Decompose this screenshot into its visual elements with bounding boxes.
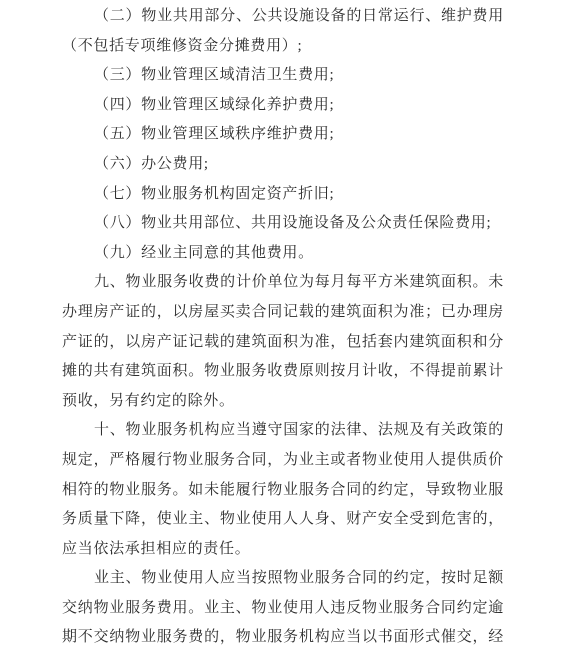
text-line: 规定，严格履行物业服务合同，为业主或者物业使用人提供质价	[62, 446, 504, 476]
text-line: （六）办公费用;	[62, 150, 504, 180]
text-line: （三）物业管理区域清洁卫生费用;	[62, 61, 504, 91]
text-line: 产证的，以房产证记载的建筑面积为准，包括套内建筑面积和分	[62, 328, 504, 358]
text-line: 九、物业服务收费的计价单位为每月每平方米建筑面积。未	[62, 268, 504, 298]
text-line: 业主、物业使用人应当按照物业服务合同的约定，按时足额	[62, 564, 504, 594]
text-line: （五）物业管理区域秩序维护费用;	[62, 120, 504, 150]
text-line: 预收，另有约定的除外。	[62, 387, 504, 417]
text-line: 办理房产证的，以房屋买卖合同记载的建筑面积为准；已办理房	[62, 298, 504, 328]
text-line: 期不交纳物业服务费的，物业服务机构应当以书面形式催交，经	[62, 623, 504, 649]
text-line: （二）物业共用部分、公共设施设备的日常运行、维护费用	[62, 2, 504, 32]
text-line: 相符的物业服务。如未能履行物业服务合同的约定，导致物业服	[62, 476, 504, 506]
text-line: 交纳物业服务费用。业主、物业使用人违反物业服务合同约定逾	[62, 594, 504, 624]
document-body: （二）物业共用部分、公共设施设备的日常运行、维护费用（不包括专项维修资金分摊费用…	[62, 2, 504, 649]
text-line: 务质量下降，使业主、物业使用人人身、财产安全受到危害的，	[62, 505, 504, 535]
text-line: （四）物业管理区域绿化养护费用;	[62, 91, 504, 121]
text-line: 摊的共有建筑面积。物业服务收费原则按月计收，不得提前累计	[62, 357, 504, 387]
text-line: （七）物业服务机构固定资产折旧;	[62, 180, 504, 210]
text-line: （不包括专项维修资金分摊费用）;	[62, 32, 504, 62]
text-line: 应当依法承担相应的责任。	[62, 535, 504, 565]
document-page: （二）物业共用部分、公共设施设备的日常运行、维护费用（不包括专项维修资金分摊费用…	[0, 0, 565, 649]
text-line: （八）物业共用部位、共用设施设备及公众责任保险费用;	[62, 209, 504, 239]
text-line: 十、物业服务机构应当遵守国家的法律、法规及有关政策的	[62, 416, 504, 446]
text-line: （九）经业主同意的其他费用。	[62, 239, 504, 269]
